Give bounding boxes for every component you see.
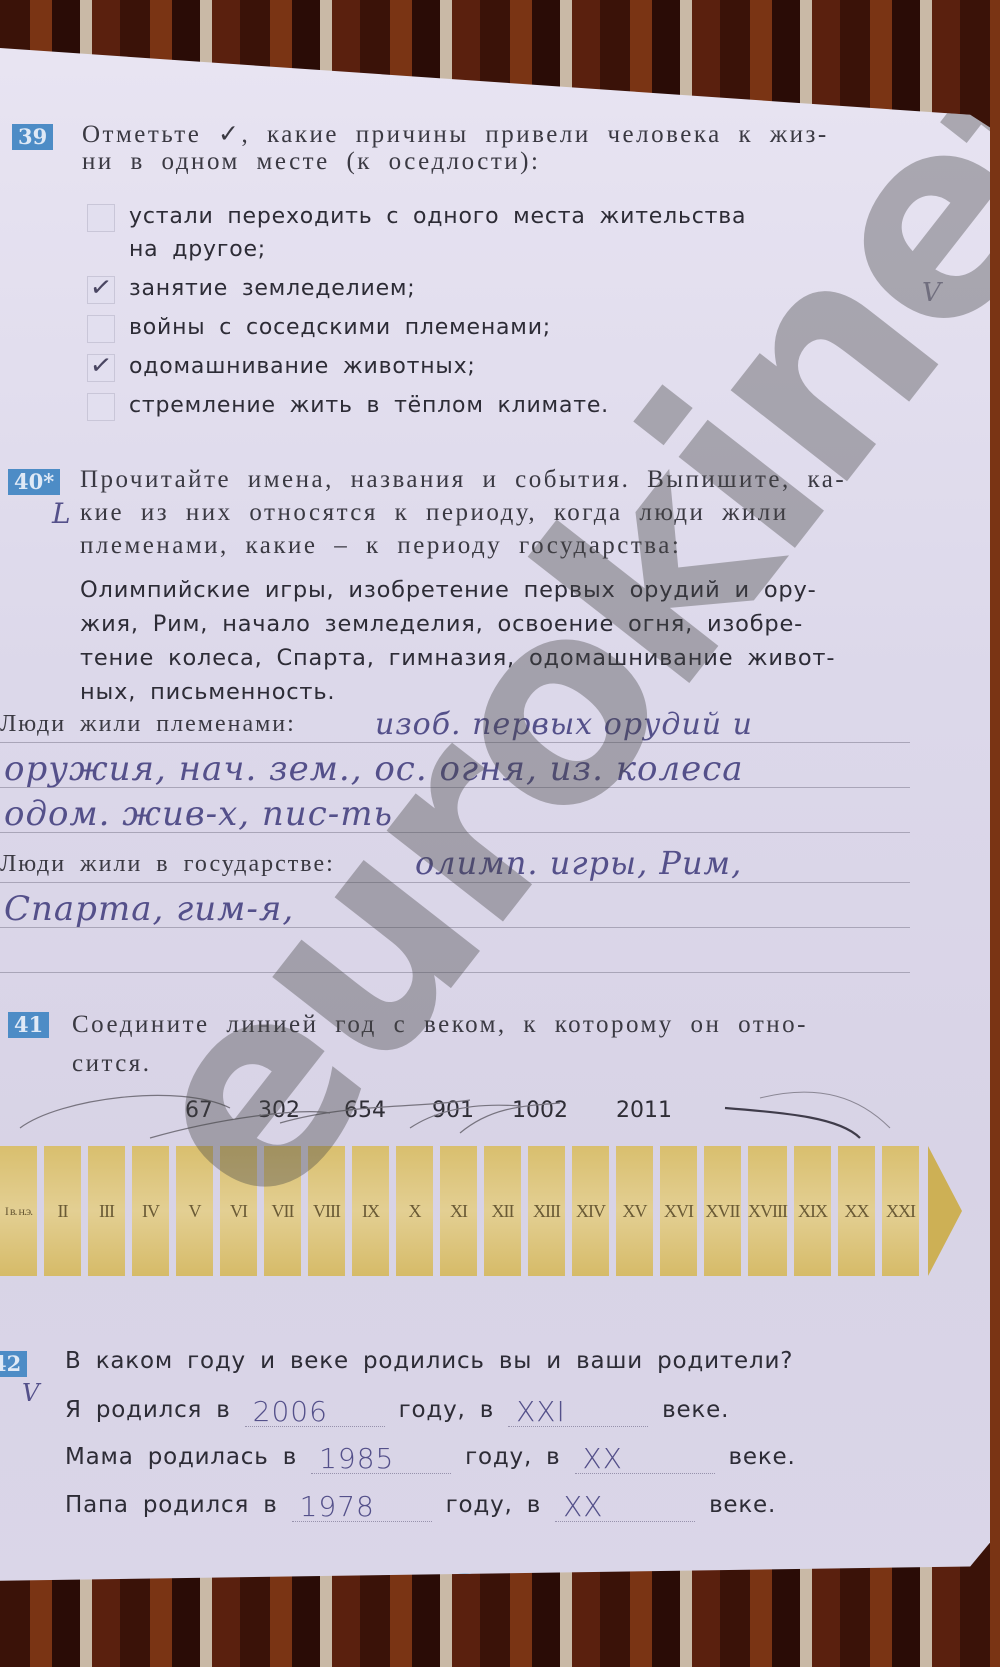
workbook-page: 39 Отметьте ✓, какие причины привели чел… <box>0 48 990 1638</box>
timeline-arrow-icon <box>928 1146 962 1276</box>
handwritten-answer: олимп. игры, Рим, <box>415 844 742 882</box>
exercise-prompt: Отметьте ✓, какие причины привели челове… <box>82 118 962 178</box>
check-mark-icon: ✓ <box>88 272 114 305</box>
handwritten-answer: одом. жив-х, пис-ть <box>4 794 393 834</box>
answer-line[interactable]: одом. жив-х, пис-ть <box>0 793 910 833</box>
century-cell[interactable]: XIV <box>572 1146 609 1276</box>
checkbox-option[interactable]: ✓ одомашнивание животных; <box>87 350 807 383</box>
century-cell[interactable]: XVI <box>660 1146 697 1276</box>
checkbox-list: устали переходить с одного места жительс… <box>87 200 807 428</box>
century-cell[interactable]: IV <box>132 1146 169 1276</box>
teacher-margin-mark: V <box>22 1379 39 1407</box>
century-cell[interactable]: I в. н.э. <box>0 1146 37 1276</box>
handwritten-answer: оружия, нач. зем., ос. огня, из. колеса <box>4 749 744 789</box>
exercise-prompt: В каком году и веке родились вы и ваши р… <box>65 1345 793 1378</box>
handwritten-answer: изоб. первых орудий и <box>375 707 753 742</box>
teacher-margin-mark: V <box>922 278 941 308</box>
century-cell[interactable]: XXI <box>882 1146 919 1276</box>
century-cell[interactable]: V <box>176 1146 213 1276</box>
checkbox-option[interactable]: войны с соседскими племенами; <box>87 311 807 344</box>
century-timeline: I в. н.э.IIIIIIVVVIVIIVIIIIXXXIXIIXIIIXI… <box>0 1146 945 1286</box>
century-input[interactable]: XXI <box>508 1393 648 1427</box>
exercise-prompt: Прочитайте имена, названия и события. Вы… <box>80 463 960 562</box>
century-cell[interactable]: XIII <box>528 1146 565 1276</box>
century-cell[interactable]: IX <box>352 1146 389 1276</box>
checkbox[interactable]: ✓ <box>87 276 115 304</box>
answer-line[interactable]: Спарта, гим-я, <box>0 888 910 928</box>
exercise-number-badge: 42 <box>0 1351 27 1377</box>
word-list: Олимпийские игры, изобретение первых ору… <box>80 573 960 709</box>
year-input[interactable]: 1978 <box>292 1488 432 1522</box>
century-cell[interactable]: II <box>44 1146 81 1276</box>
century-cell[interactable]: XX <box>838 1146 875 1276</box>
exercise-number-badge: 39 <box>12 124 53 150</box>
birth-row-me: Я родился в 2006 году, в XXI веке. <box>65 1393 729 1427</box>
checkbox-option[interactable]: стремление жить в тёплом климате. <box>87 389 807 422</box>
tribes-label: Люди жили племенами: <box>0 711 296 738</box>
century-cell[interactable]: XV <box>616 1146 653 1276</box>
handwritten-answer: Спарта, гим-я, <box>4 889 294 929</box>
checkbox-option[interactable]: ✓ занятие земледелием; <box>87 272 807 305</box>
century-cell[interactable]: XVII <box>704 1146 741 1276</box>
checkbox-option[interactable]: устали переходить с одного места жительс… <box>87 200 807 266</box>
checkbox[interactable] <box>87 315 115 343</box>
century-cell[interactable]: XII <box>484 1146 521 1276</box>
century-cell[interactable]: VII <box>264 1146 301 1276</box>
century-cell[interactable]: III <box>88 1146 125 1276</box>
century-cell[interactable]: XI <box>440 1146 477 1276</box>
century-cell[interactable]: XVIII <box>748 1146 787 1276</box>
year-input[interactable]: 2006 <box>245 1393 385 1427</box>
birth-row-mom: Мама родилась в 1985 году, в XX веке. <box>65 1440 796 1474</box>
century-cell[interactable]: VI <box>220 1146 257 1276</box>
century-cell[interactable]: X <box>396 1146 433 1276</box>
century-cell[interactable]: VIII <box>308 1146 345 1276</box>
answer-line[interactable]: Люди жили в государстве: олимп. игры, Ри… <box>0 843 910 883</box>
century-input[interactable]: XX <box>555 1488 695 1522</box>
birth-row-dad: Папа родился в 1978 году, в XX веке. <box>65 1488 776 1522</box>
century-input[interactable]: XX <box>575 1440 715 1474</box>
century-cell[interactable]: XIX <box>794 1146 831 1276</box>
checkbox[interactable]: ✓ <box>87 354 115 382</box>
teacher-margin-mark: L <box>52 497 71 530</box>
answer-line[interactable] <box>0 933 910 973</box>
answer-line[interactable]: оружия, нач. зем., ос. огня, из. колеса <box>0 748 910 788</box>
exercise-number-badge: 40* <box>8 469 60 495</box>
check-mark-icon: ✓ <box>88 350 114 383</box>
year-input[interactable]: 1985 <box>311 1440 451 1474</box>
checkbox[interactable] <box>87 393 115 421</box>
checkbox[interactable] <box>87 204 115 232</box>
page-number: 23 <box>440 1573 490 1623</box>
answer-line[interactable]: Люди жили племенами: изоб. первых орудий… <box>0 703 910 743</box>
state-label: Люди жили в государстве: <box>0 851 335 878</box>
exercise-prompt: Соедините линией год с веком, к которому… <box>72 1008 952 1080</box>
exercise-number-badge: 41 <box>8 1012 49 1038</box>
